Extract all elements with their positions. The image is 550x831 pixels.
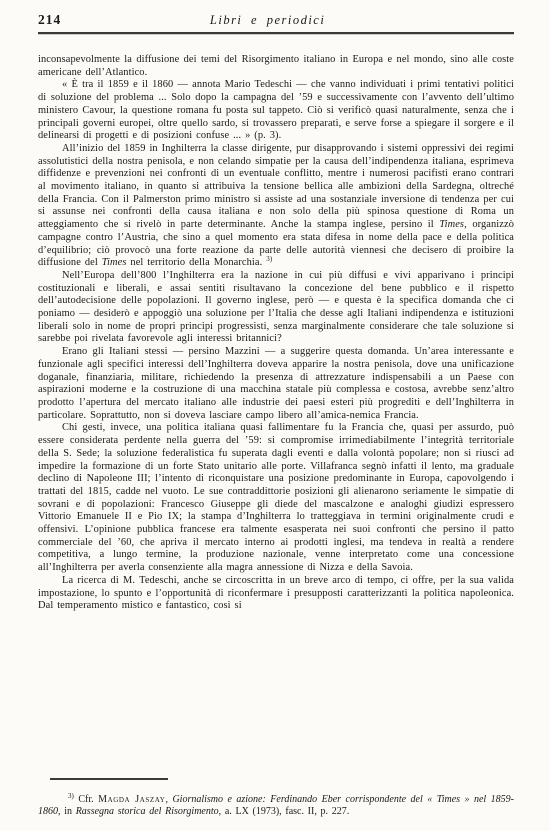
text-run: inconsapevolmente la diffusione dei temi… bbox=[38, 54, 514, 78]
footnote-text: 3) Cfr. Magda Jaszay, Giornalismo e azio… bbox=[38, 794, 514, 819]
book-page: 214 Libri e periodici inconsapevolmente … bbox=[0, 0, 550, 831]
footnote-separator bbox=[50, 778, 168, 780]
page-body: inconsapevolmente la diffusione dei temi… bbox=[38, 54, 514, 613]
footnote-reference: 3) bbox=[266, 255, 272, 263]
paragraph: inconsapevolmente la diffusione dei temi… bbox=[38, 54, 514, 79]
paragraph: Nell’Europa dell’800 l’Inghilterra era l… bbox=[38, 270, 514, 346]
page-header: 214 Libri e periodici bbox=[38, 0, 514, 30]
text-run: Chi gesti, invece, una politica italiana… bbox=[38, 422, 514, 573]
italic-run: Times bbox=[102, 257, 127, 268]
header-rule bbox=[38, 32, 514, 34]
text-run: nel territorio della Monarchia. bbox=[127, 257, 267, 268]
text-run: , in bbox=[58, 806, 76, 817]
italic-run: Rassegna storica del Risorgimento bbox=[76, 806, 219, 817]
text-run: « È tra il 1859 e il 1860 — annota Mario… bbox=[38, 79, 514, 141]
text-run: La ricerca di M. Tedeschi, anche se circ… bbox=[38, 575, 514, 611]
paragraph: La ricerca di M. Tedeschi, anche se circ… bbox=[38, 575, 514, 613]
text-run: Erano gli Italiani stessi — persino Mazz… bbox=[38, 346, 514, 421]
page-inner: 214 Libri e periodici inconsapevolmente … bbox=[38, 0, 514, 613]
text-run: All’inizio del 1859 in Inghilterra la cl… bbox=[38, 143, 514, 230]
footnote-area: 3) Cfr. Magda Jaszay, Giornalismo e azio… bbox=[38, 778, 514, 819]
page-number: 214 bbox=[38, 12, 61, 28]
italic-run: Times bbox=[439, 219, 464, 230]
footnote: 3) Cfr. Magda Jaszay, Giornalismo e azio… bbox=[38, 794, 514, 819]
paragraph: Erano gli Italiani stessi — persino Mazz… bbox=[38, 346, 514, 422]
text-run: , a. LX (1973), fasc. II, p. 227. bbox=[219, 806, 350, 817]
paragraph: Chi gesti, invece, una politica italiana… bbox=[38, 422, 514, 574]
running-title: Libri e periodici bbox=[61, 13, 514, 28]
paragraph: All’inizio del 1859 in Inghilterra la cl… bbox=[38, 143, 514, 270]
author-smallcaps-run: Magda Jaszay bbox=[98, 794, 165, 805]
text-run: Cfr. bbox=[74, 794, 98, 805]
paragraph: « È tra il 1859 e il 1860 — annota Mario… bbox=[38, 79, 514, 143]
text-run: Nell’Europa dell’800 l’Inghilterra era l… bbox=[38, 270, 514, 345]
